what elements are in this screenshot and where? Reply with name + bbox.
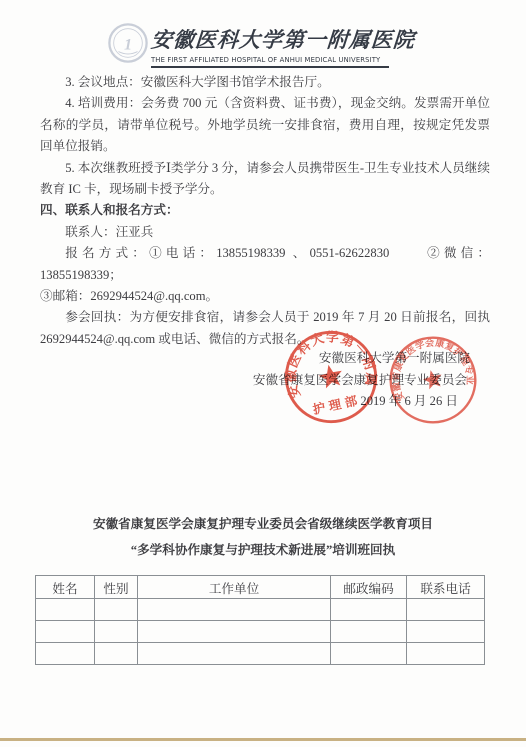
table-header-row: 姓名 性别 工作单位 邮政编码 联系电话 xyxy=(36,576,485,599)
table-cell xyxy=(36,643,95,665)
table-cell xyxy=(36,599,95,621)
table-header-workunit: 工作单位 xyxy=(138,576,331,599)
table-cell xyxy=(331,599,407,621)
reply-form-title: 安徽省康复医学会康复护理专业委员会省级继续医学教育项目 “多学科协作康复与护理技… xyxy=(0,511,526,563)
svg-text:1: 1 xyxy=(124,36,132,54)
reply-title-line-1: 安徽省康复医学会康复护理专业委员会省级继续医学教育项目 xyxy=(0,511,526,537)
hospital-names: 安徽医科大学第一附属医院 THE FIRST AFFILIATED HOSPIT… xyxy=(151,24,401,68)
table-header-gender: 性别 xyxy=(95,576,138,599)
table-cell xyxy=(138,599,331,621)
table-cell xyxy=(407,643,485,665)
reply-table: 姓名 性别 工作单位 邮政编码 联系电话 xyxy=(35,575,485,665)
scan-edge xyxy=(0,738,526,741)
table-cell xyxy=(95,621,138,643)
reply-table-body xyxy=(36,599,485,665)
list-item-3: 3. 会议地点：安徽医科大学图书馆学术报告厅。 xyxy=(40,72,490,93)
table-cell xyxy=(407,599,485,621)
header-underline xyxy=(151,66,389,68)
table-header-name: 姓名 xyxy=(36,576,95,599)
signup-method-line-1: 报名方式：①电话：13855198339 、0551-62622830 ②微信：… xyxy=(40,243,490,286)
table-cell xyxy=(138,643,331,665)
list-item-5: 5. 本次继教班授予Ⅰ类学分 3 分，请参会人员携带医生-卫生专业技术人员继续教… xyxy=(40,158,490,201)
scanned-document-page: 1 安徽医科大学第一附属医院 THE FIRST AFFILIATED HOSP… xyxy=(0,0,526,747)
document-body: 3. 会议地点：安徽医科大学图书馆学术报告厅。 4. 培训费用：会务费 700 … xyxy=(40,72,490,350)
table-cell xyxy=(36,621,95,643)
section-heading-4: 四、联系人和报名方式： xyxy=(40,200,490,221)
table-cell xyxy=(95,599,138,621)
table-cell xyxy=(331,621,407,643)
signup-method-line-2: ③邮箱：2692944524@.qq.com。 xyxy=(40,286,490,307)
table-cell xyxy=(138,621,331,643)
table-row xyxy=(36,621,485,643)
star-icon xyxy=(421,368,444,390)
hospital-name-cn: 安徽医科大学第一附属医院 xyxy=(150,24,402,54)
table-header-phone: 联系电话 xyxy=(407,576,485,599)
star-icon xyxy=(317,362,345,389)
nursing-dept-seal: 安徽医科大学第一附属医院 护理部 xyxy=(274,320,388,434)
contact-person-line: 联系人：汪亚兵 xyxy=(40,222,490,243)
table-cell xyxy=(407,621,485,643)
reply-title-line-2: “多学科协作康复与护理技术新进展”培训班回执 xyxy=(0,537,526,563)
table-row xyxy=(36,643,485,665)
hospital-letterhead: 1 安徽医科大学第一附属医院 THE FIRST AFFILIATED HOSP… xyxy=(105,20,405,70)
hospital-emblem-icon: 1 xyxy=(107,22,149,64)
table-cell xyxy=(95,643,138,665)
list-item-4: 4. 培训费用：会务费 700 元（含资料费、证书费），现金交纳。发票需开单位名… xyxy=(40,93,490,157)
table-header-postcode: 邮政编码 xyxy=(331,576,407,599)
table-cell xyxy=(331,643,407,665)
hospital-name-en: THE FIRST AFFILIATED HOSPITAL OF ANHUI M… xyxy=(151,56,401,64)
table-row xyxy=(36,599,485,621)
